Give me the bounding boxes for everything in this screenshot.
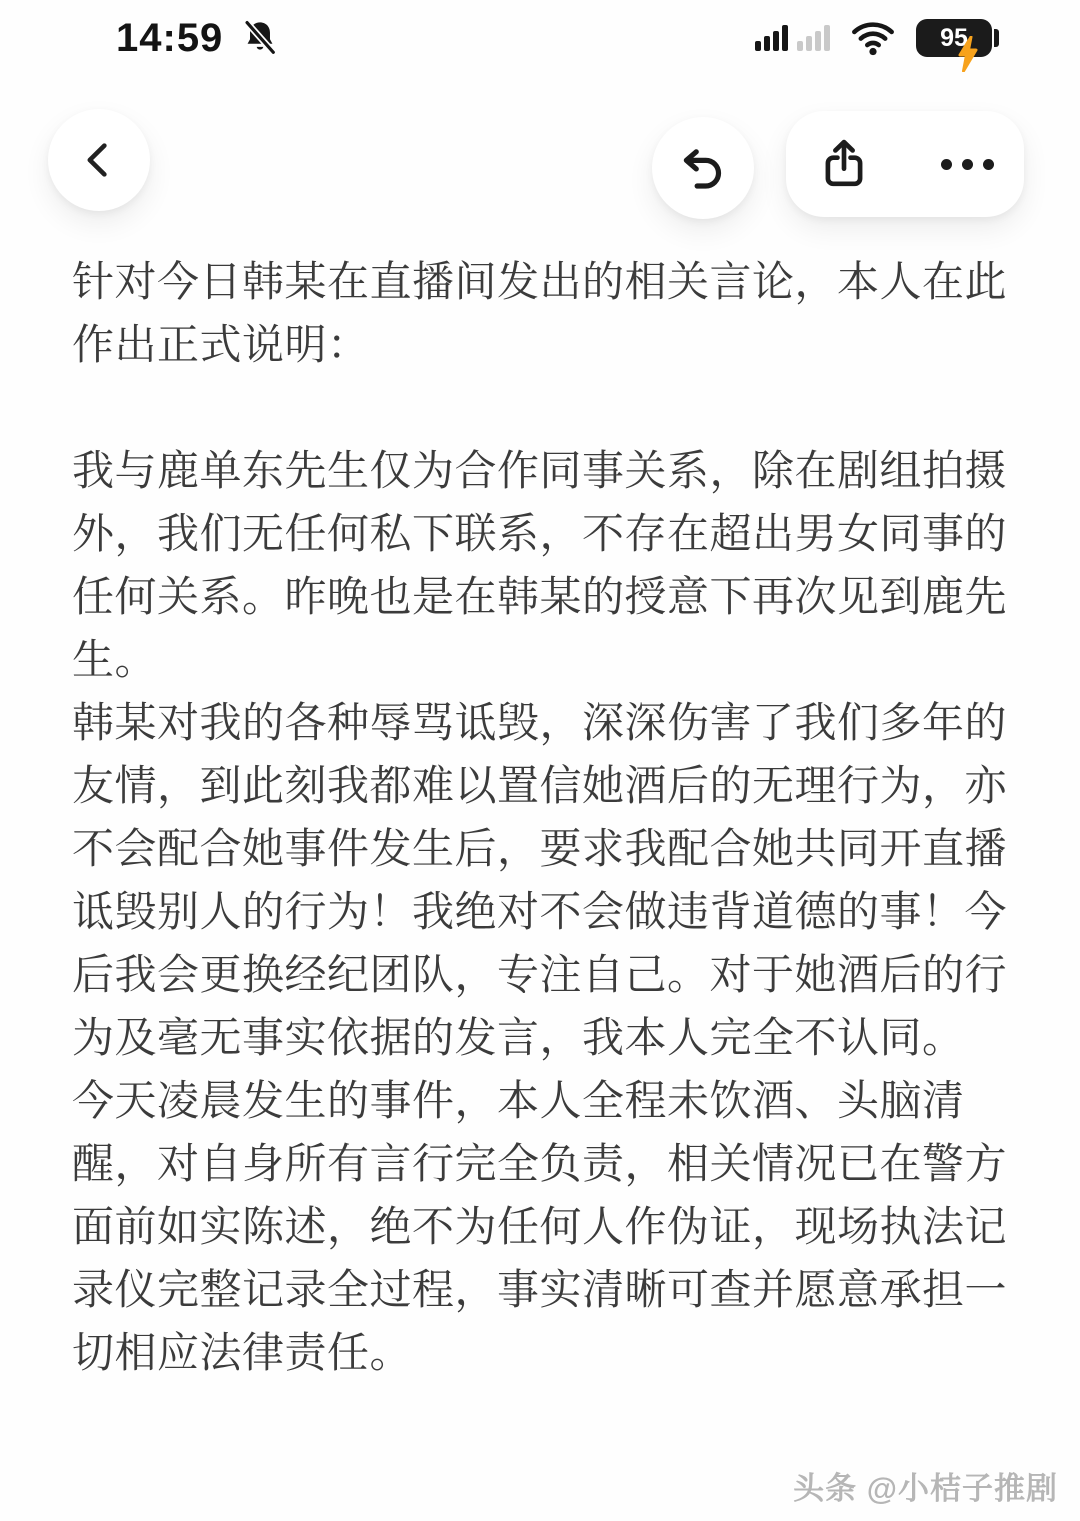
statement-line: 韩某对我的各种辱骂诋毁，深深伤害了我们多年的 [72,691,1020,754]
undo-button[interactable] [652,117,754,219]
chevron-left-icon [76,137,122,183]
status-bar: 14:59 [0,12,1080,64]
statement-line: 外，我们无任何私下联系，不存在超出男女同事的 [72,502,1020,565]
battery-cap [994,29,999,47]
battery-icon: 95 [916,19,992,57]
statement-line: 生。 [72,628,1020,691]
wifi-icon [850,18,896,58]
statement-line: 切相应法律责任。 [72,1321,1020,1384]
bell-slash-icon [239,17,281,59]
statement-line: 诋毁别人的行为！我绝对不会做违背道德的事！今 [72,880,1020,943]
sim2-signal-bars-icon [797,25,830,51]
share-button[interactable] [816,136,872,192]
ellipsis-icon [941,159,952,170]
statement-line: 为及毫无事实依据的发言，我本人完全不认同。 [72,1006,1020,1069]
statement-line: 针对今日韩某在直播间发出的相关言论，本人在此 [72,250,1020,313]
statement-line: 醒，对自身所有言行完全负责，相关情况已在警方 [72,1132,1020,1195]
statement-line: 我与鹿单东先生仅为合作同事关系，除在剧组拍摄 [72,439,1020,502]
watermark: 头条 @小桔子推剧 [793,1463,1058,1508]
statement-text: 针对今日韩某在直播间发出的相关言论，本人在此 作出正式说明： 我与鹿单东先生仅为… [72,250,1020,1384]
statement-line: 任何关系。昨晚也是在韩某的授意下再次见到鹿先 [72,565,1020,628]
cellular-signal-icon [755,25,830,51]
charging-bolt-icon [956,36,980,72]
statement-line: 面前如实陈述，绝不为任何人作伪证，现场执法记 [72,1195,1020,1258]
back-button[interactable] [48,109,150,211]
statement-line [72,376,1020,439]
sim1-signal-bars-icon [755,25,788,51]
undo-arrow-icon [676,141,730,195]
statement-line: 录仪完整记录全过程，事实清晰可查并愿意承担一 [72,1258,1020,1321]
clock-time: 14:59 [116,16,223,61]
statement-line: 友情，到此刻我都难以置信她酒后的无理行为，亦 [72,754,1020,817]
statement-line: 今天凌晨发生的事件，本人全程未饮酒、头脑清 [72,1069,1020,1132]
more-button[interactable] [941,159,994,170]
nav-actions-pill [786,111,1024,217]
statement-line: 不会配合她事件发生后，要求我配合她共同开直播 [72,817,1020,880]
statement-line: 作出正式说明： [72,313,1020,376]
statement-line: 后我会更换经纪团队，专注自己。对于她酒后的行 [72,943,1020,1006]
